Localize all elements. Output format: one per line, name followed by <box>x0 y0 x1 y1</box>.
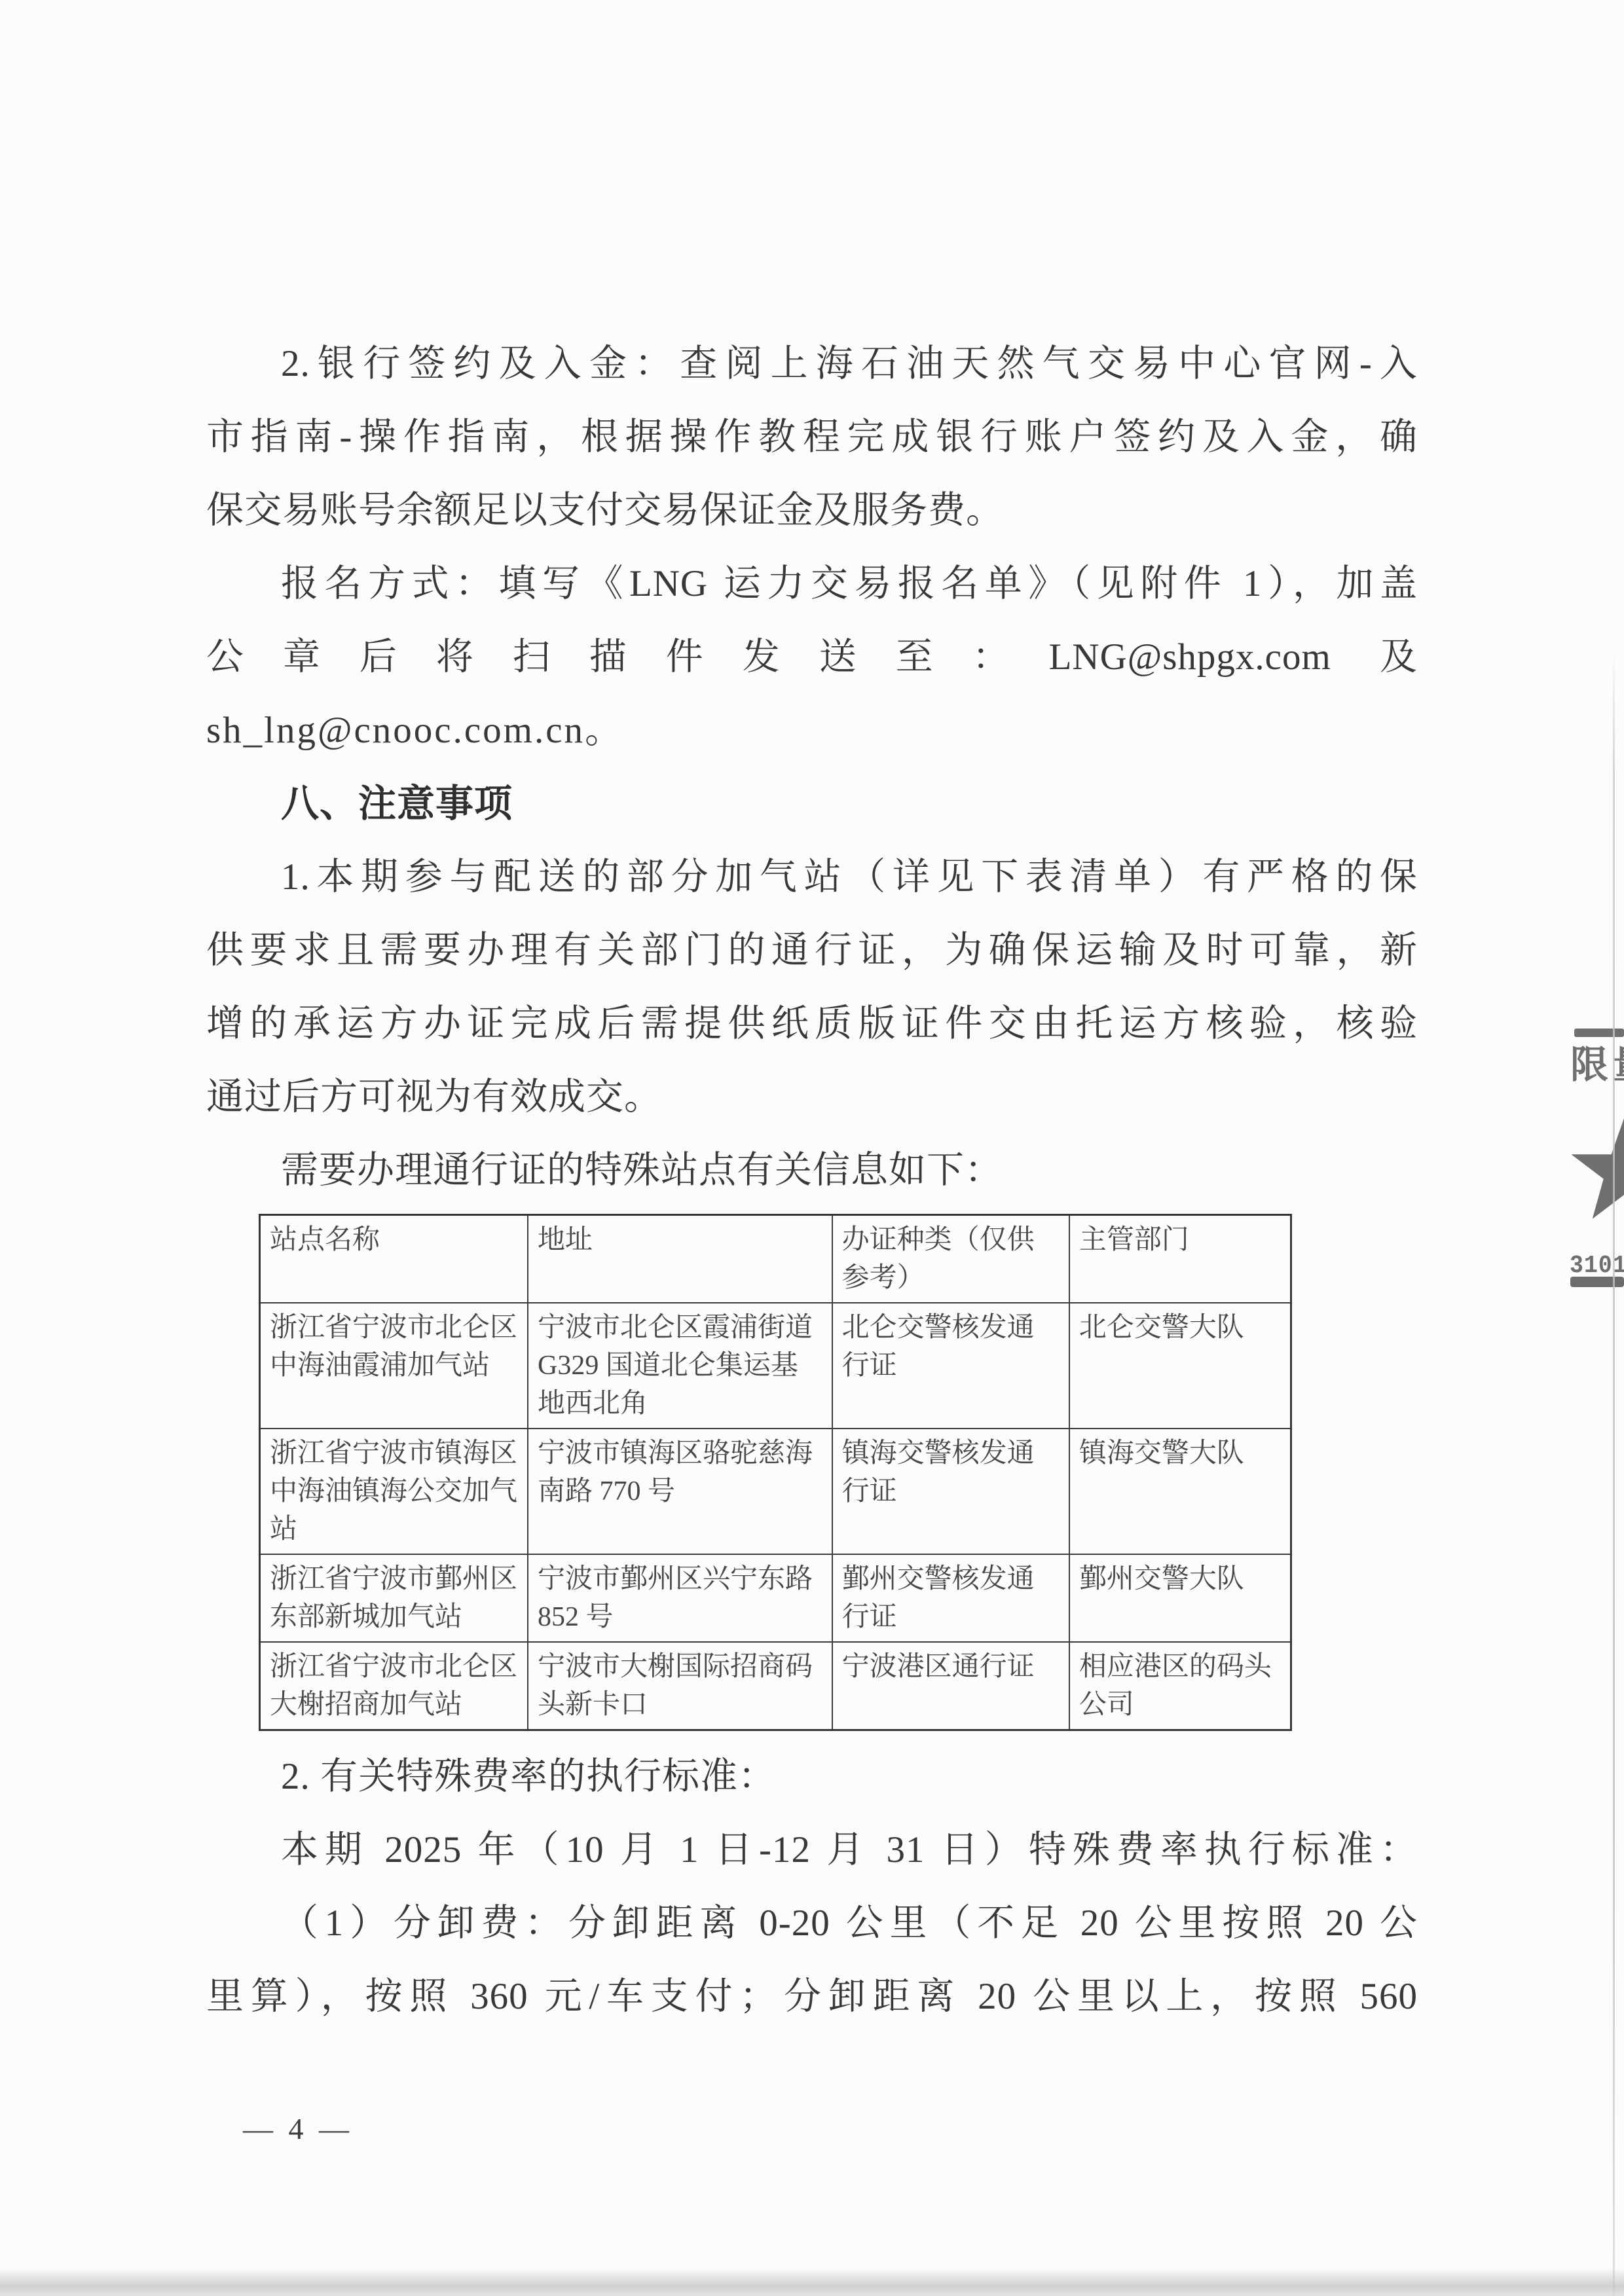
text-line: （1）分卸费：分卸距离 0-20 公里（不足 20 公里按照 20 公 <box>206 1887 1418 1960</box>
table-row: 浙江省宁波市镇海区中海油镇海公交加气站 宁波市镇海区骆驼慈海南路 770 号 镇… <box>260 1429 1291 1554</box>
table-cell: 镇海交警大队 <box>1069 1429 1291 1554</box>
table-row: 浙江省宁波市北仑区大榭招商加气站 宁波市大榭国际招商码头新卡口 宁波港区通行证 … <box>260 1642 1291 1730</box>
table-header-cell: 办证种类（仅供参考） <box>832 1215 1069 1303</box>
table-header-cell: 地址 <box>528 1215 832 1303</box>
table-header-cell: 主管部门 <box>1069 1215 1291 1303</box>
section-heading: 八、注意事项 <box>206 767 1418 841</box>
text-line: 通过后方可视为有效成交。 <box>206 1061 1418 1134</box>
text-line: 需要办理通行证的特殊站点有关信息如下： <box>206 1134 1418 1207</box>
text-line-email: sh_lng@cnooc.com.cn。 <box>206 694 1418 767</box>
text-line: 里算），按照 360 元/车支付；分卸距离 20 公里以上，按照 560 <box>206 1960 1418 2033</box>
table-cell: 鄞州交警核发通行证 <box>832 1554 1069 1642</box>
text-line: 市指南-操作指南，根据操作教程完成银行账户签约及入金，确 <box>206 401 1418 474</box>
text-line: 保交易账号余额足以支付交易保证金及服务费。 <box>206 474 1418 547</box>
stations-table: 站点名称 地址 办证种类（仅供参考） 主管部门 浙江省宁波市北仑区中海油霞浦加气… <box>259 1214 1292 1731</box>
scan-edge-artifact <box>1613 642 1615 2296</box>
table-cell: 浙江省宁波市镇海区中海油镇海公交加气站 <box>260 1429 528 1554</box>
text-line: 报名方式：填写《LNG 运力交易报名单》（见附件 1），加盖 <box>206 547 1418 621</box>
table-cell: 鄞州交警大队 <box>1069 1554 1291 1642</box>
star-icon <box>1569 1114 1624 1226</box>
table-cell: 宁波市鄞州区兴宁东路 852 号 <box>528 1554 832 1642</box>
table-cell: 浙江省宁波市北仑区大榭招商加气站 <box>260 1642 528 1730</box>
table-header-cell: 站点名称 <box>260 1215 528 1303</box>
table-row: 浙江省宁波市北仑区中海油霞浦加气站 宁波市北仑区霞浦街道 G329 国道北仑集运… <box>260 1303 1291 1429</box>
table-cell: 宁波港区通行证 <box>832 1642 1069 1730</box>
stamp-bar <box>1574 1029 1624 1037</box>
table-cell: 相应港区的码头公司 <box>1069 1642 1291 1730</box>
text-line: 供要求且需要办理有关部门的通行证，为确保运输及时可靠，新 <box>206 914 1418 987</box>
table-row: 浙江省宁波市鄞州区东部新城加气站 宁波市鄞州区兴宁东路 852 号 鄞州交警核发… <box>260 1554 1291 1642</box>
text-line-email: 公章后将扫描件发送至：LNG@shpgx.com 及 <box>206 621 1418 694</box>
table-cell: 镇海交警核发通行证 <box>832 1429 1069 1554</box>
table-cell: 北仑交警大队 <box>1069 1303 1291 1429</box>
stamp-digits: 31011 <box>1570 1252 1624 1280</box>
text-line: 1.本期参与配送的部分加气站（详见下表清单）有严格的保 <box>206 841 1418 914</box>
document-body: 2.银行签约及入金：查阅上海石油天然气交易中心官网-入 市指南-操作指南，根据操… <box>206 327 1418 2033</box>
text-line: 2. 有关特殊费率的执行标准： <box>206 1740 1418 1813</box>
text-line: 本期 2025 年（10 月 1 日-12 月 31 日）特殊费率执行标准： <box>206 1813 1418 1887</box>
page-number: — 4 — <box>216 2111 380 2146</box>
table-cell: 浙江省宁波市北仑区中海油霞浦加气站 <box>260 1303 528 1429</box>
scanned-document-page: 2.银行签约及入金：查阅上海石油天然气交易中心官网-入 市指南-操作指南，根据操… <box>0 0 1624 2296</box>
scan-bottom-artifact <box>0 2268 1624 2296</box>
table-header-row: 站点名称 地址 办证种类（仅供参考） 主管部门 <box>260 1215 1291 1303</box>
table-cell: 宁波市镇海区骆驼慈海南路 770 号 <box>528 1429 832 1554</box>
text-line: 2.银行签约及入金：查阅上海石油天然气交易中心官网-入 <box>206 327 1418 401</box>
stamp-characters: 限量 <box>1570 1044 1624 1089</box>
stamp-bar <box>1570 1277 1624 1287</box>
text-line: 增的承运方办证完成后需提供纸质版证件交由托运方核验，核验 <box>206 987 1418 1061</box>
table-cell: 北仑交警核发通行证 <box>832 1303 1069 1429</box>
table-cell: 宁波市北仑区霞浦街道 G329 国道北仑集运基地西北角 <box>528 1303 832 1429</box>
table-cell: 浙江省宁波市鄞州区东部新城加气站 <box>260 1554 528 1642</box>
table-cell: 宁波市大榭国际招商码头新卡口 <box>528 1642 832 1730</box>
